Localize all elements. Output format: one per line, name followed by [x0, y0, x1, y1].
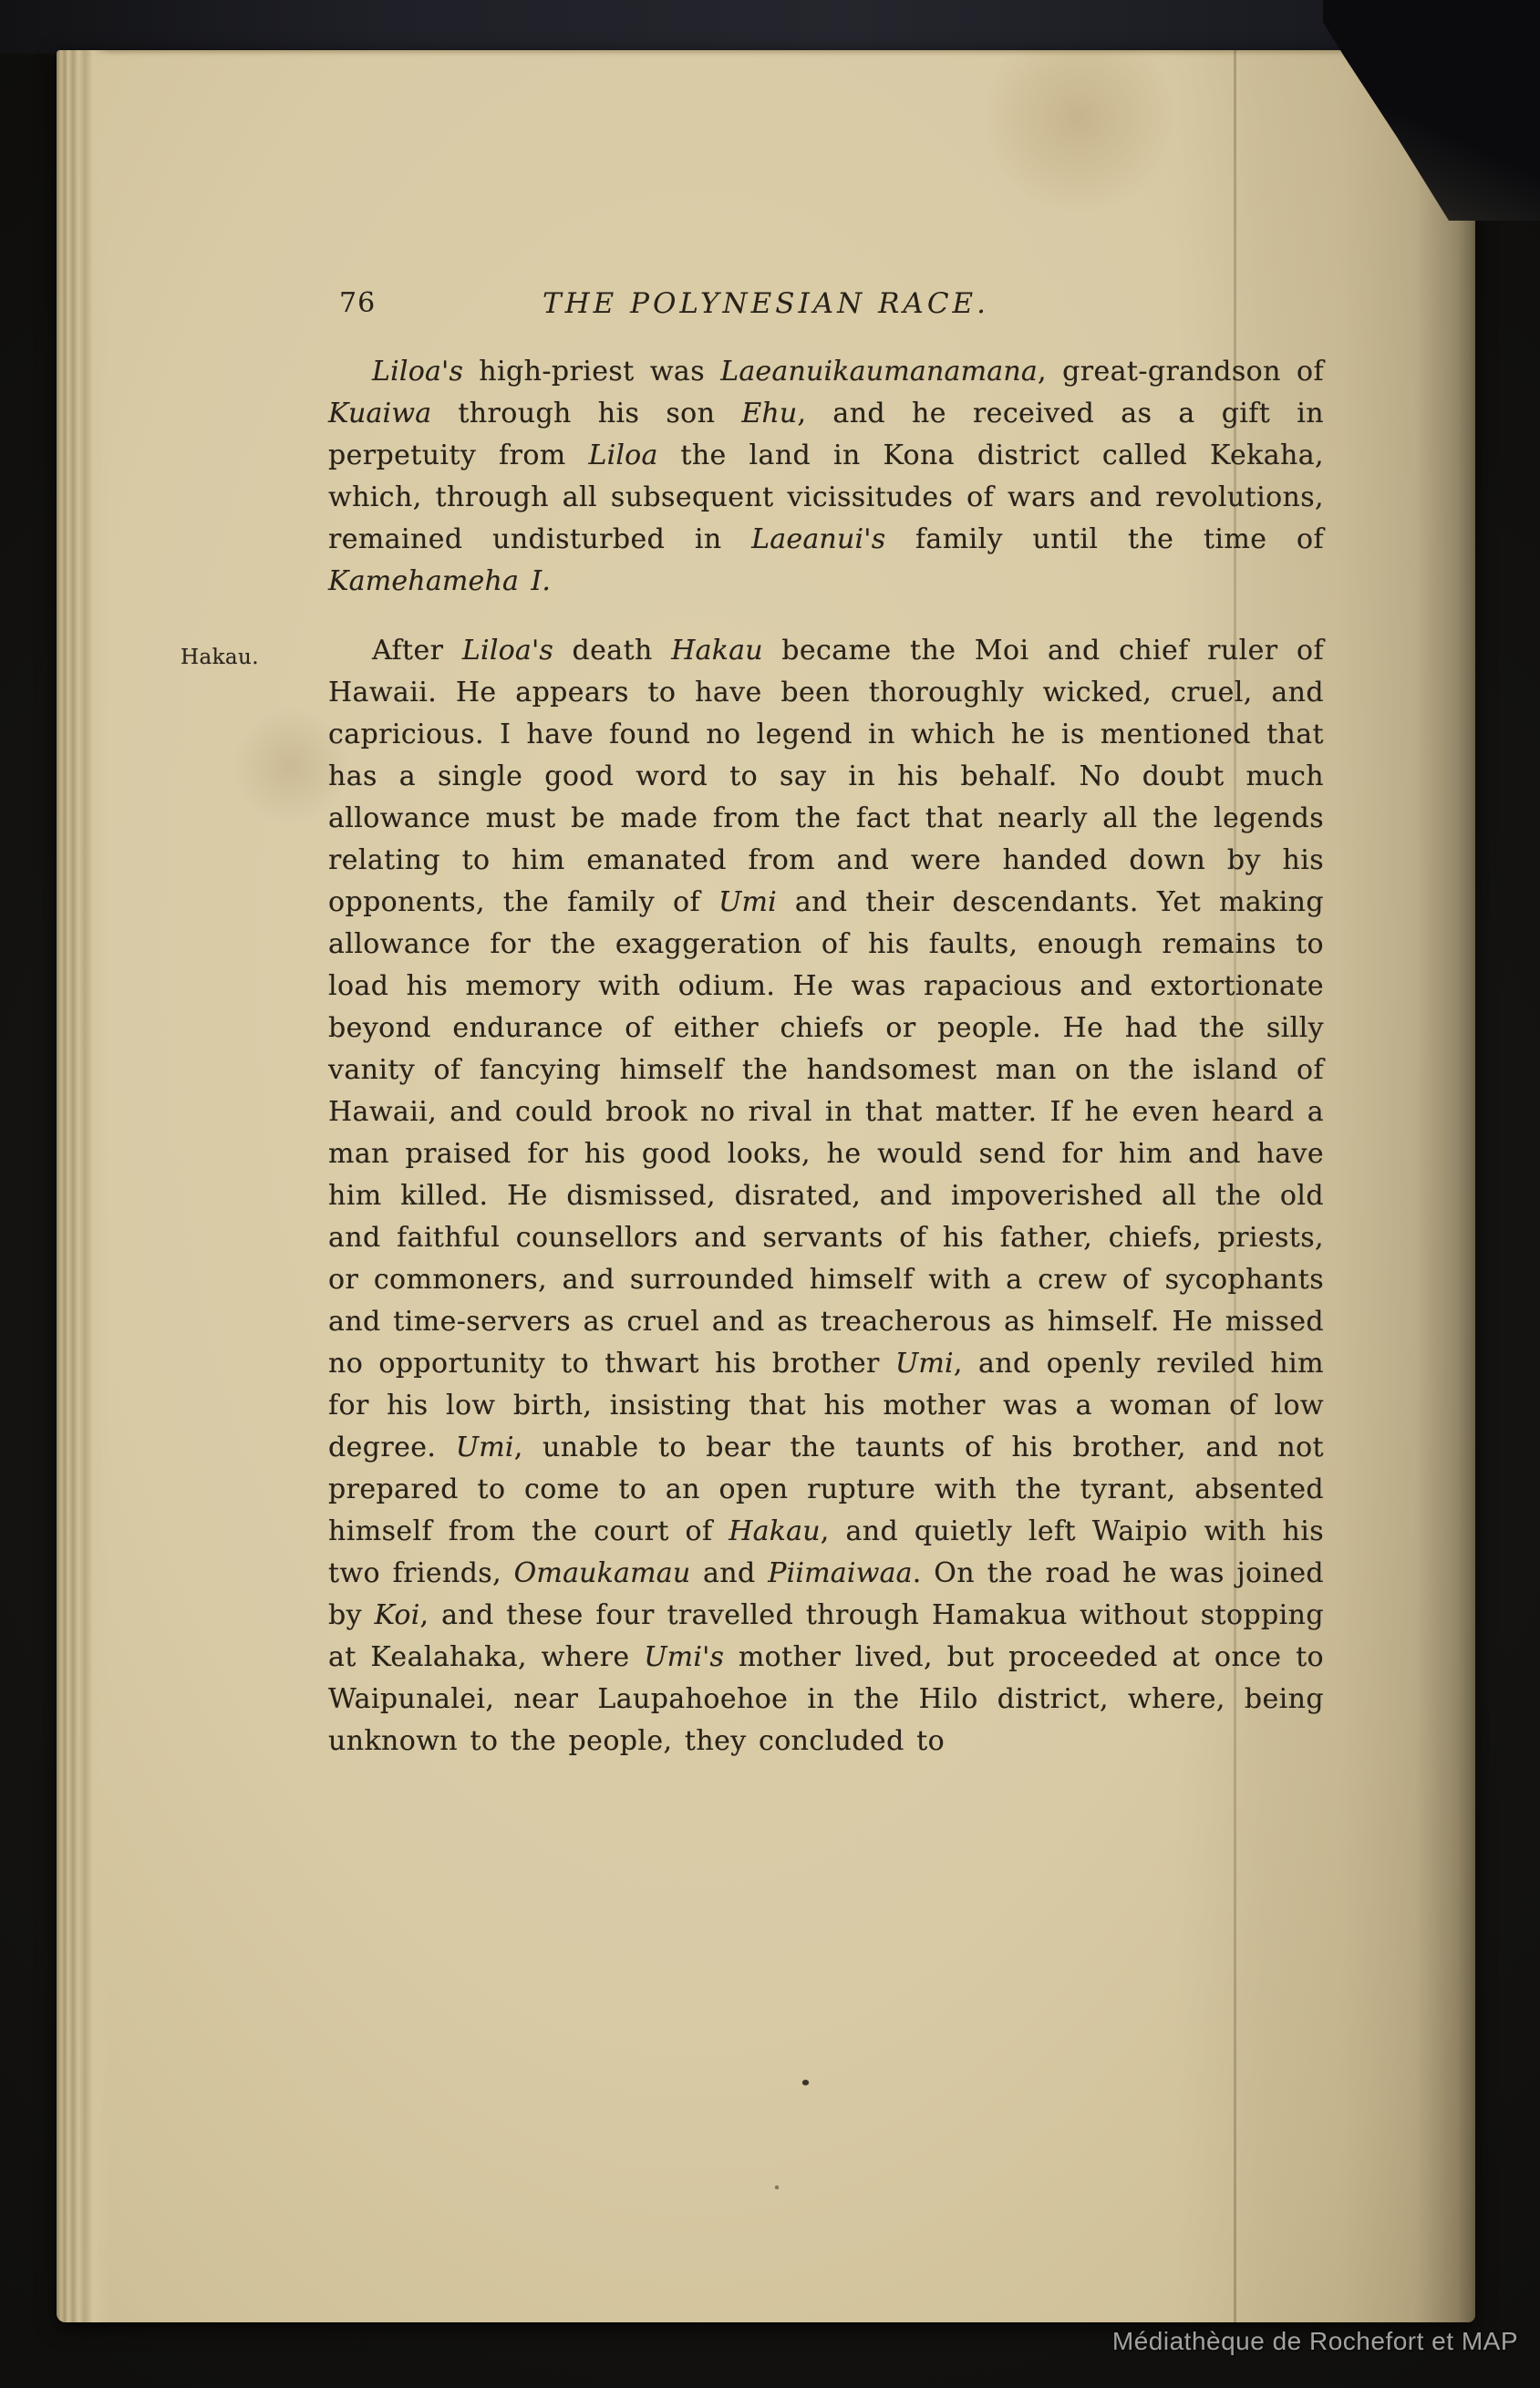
book-cover-top-band [0, 0, 1540, 54]
archive-watermark: Médiathèque de Rochefort et MAP [1112, 2327, 1518, 2356]
page-number: 76 [339, 287, 376, 319]
margin-note: Hakau. [181, 636, 259, 678]
printed-content: 76 THE POLYNESIAN RACE. Liloa's high-pri… [57, 287, 1475, 1790]
body-paragraph: Liloa's high-priest was Laeanuikaumanama… [328, 351, 1324, 603]
ink-speck [802, 2080, 809, 2085]
text-block: Liloa's high-priest was Laeanuikaumanama… [328, 351, 1324, 1763]
book-page: 76 THE POLYNESIAN RACE. Liloa's high-pri… [57, 50, 1475, 2322]
running-title: THE POLYNESIAN RACE. [57, 287, 1475, 320]
body-paragraph: Hakau. After Liloa's death Hakau became … [328, 630, 1324, 1763]
running-head: 76 THE POLYNESIAN RACE. [57, 287, 1475, 324]
scan-background: 76 THE POLYNESIAN RACE. Liloa's high-pri… [0, 0, 1540, 2388]
ink-speck [775, 2186, 779, 2189]
